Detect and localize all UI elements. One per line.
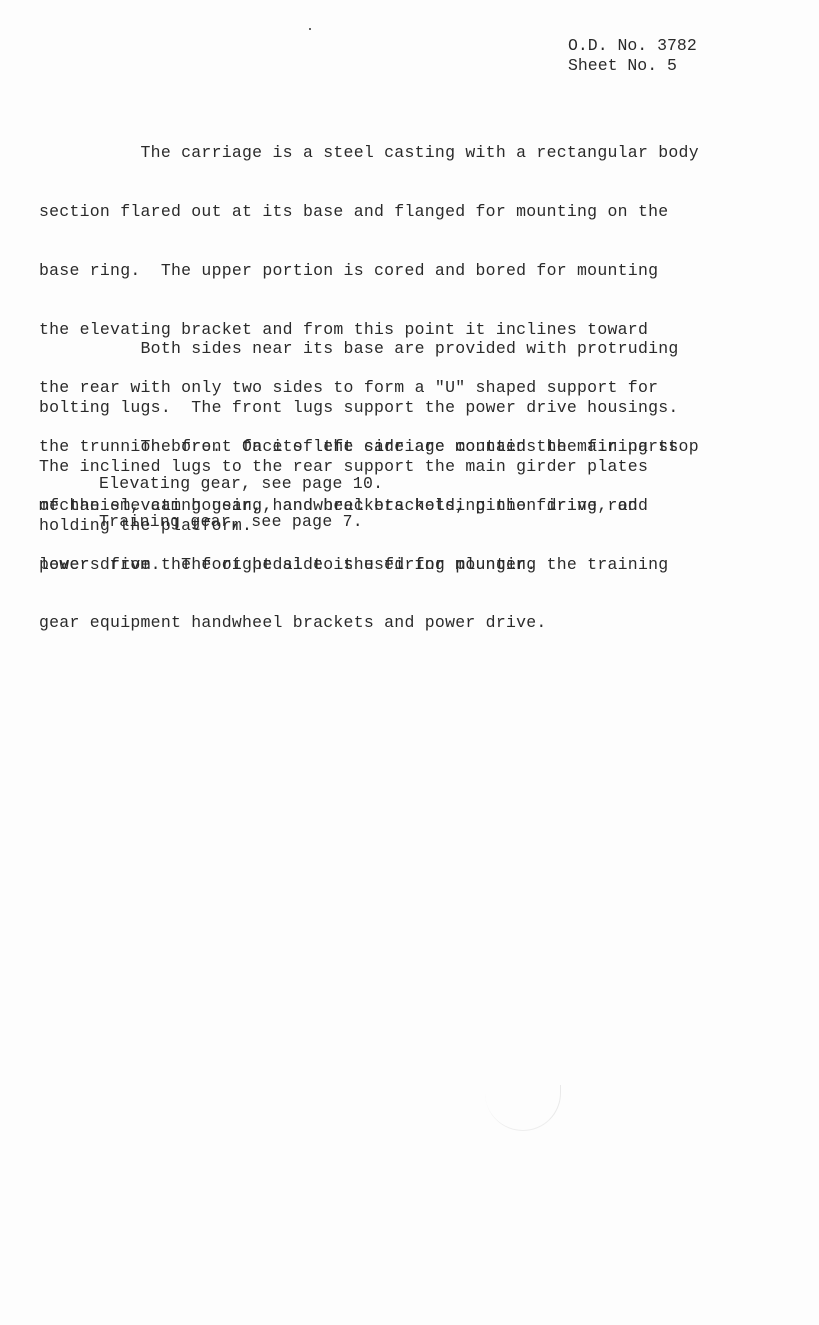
sheet-number: Sheet No. 5 bbox=[568, 56, 697, 76]
document-page: O.D. No. 3782 Sheet No. 5 The carriage i… bbox=[0, 0, 819, 1325]
paper-smudge bbox=[485, 1085, 561, 1131]
document-number: O.D. No. 3782 bbox=[568, 36, 697, 56]
reference-training-gear: Training gear, see page 7. bbox=[99, 512, 363, 531]
speck bbox=[309, 28, 311, 30]
text-line: The carriage is a steel casting with a r… bbox=[39, 143, 699, 163]
text-line: base ring. The upper portion is cored an… bbox=[39, 261, 699, 281]
text-line: gear equipment handwheel brackets and po… bbox=[39, 613, 699, 633]
document-header: O.D. No. 3782 Sheet No. 5 bbox=[568, 36, 697, 76]
paragraph-front-face: The front face of the carriage contains … bbox=[39, 398, 699, 614]
reference-elevating-gear: Elevating gear, see page 10. bbox=[99, 474, 383, 493]
text-line: Both sides near its base are provided wi… bbox=[39, 339, 679, 359]
text-line: The front face of the carriage contains … bbox=[39, 437, 699, 457]
text-line: section flared out at its base and flang… bbox=[39, 202, 699, 222]
text-line: levers from the foot pedal to the firing… bbox=[39, 555, 699, 575]
